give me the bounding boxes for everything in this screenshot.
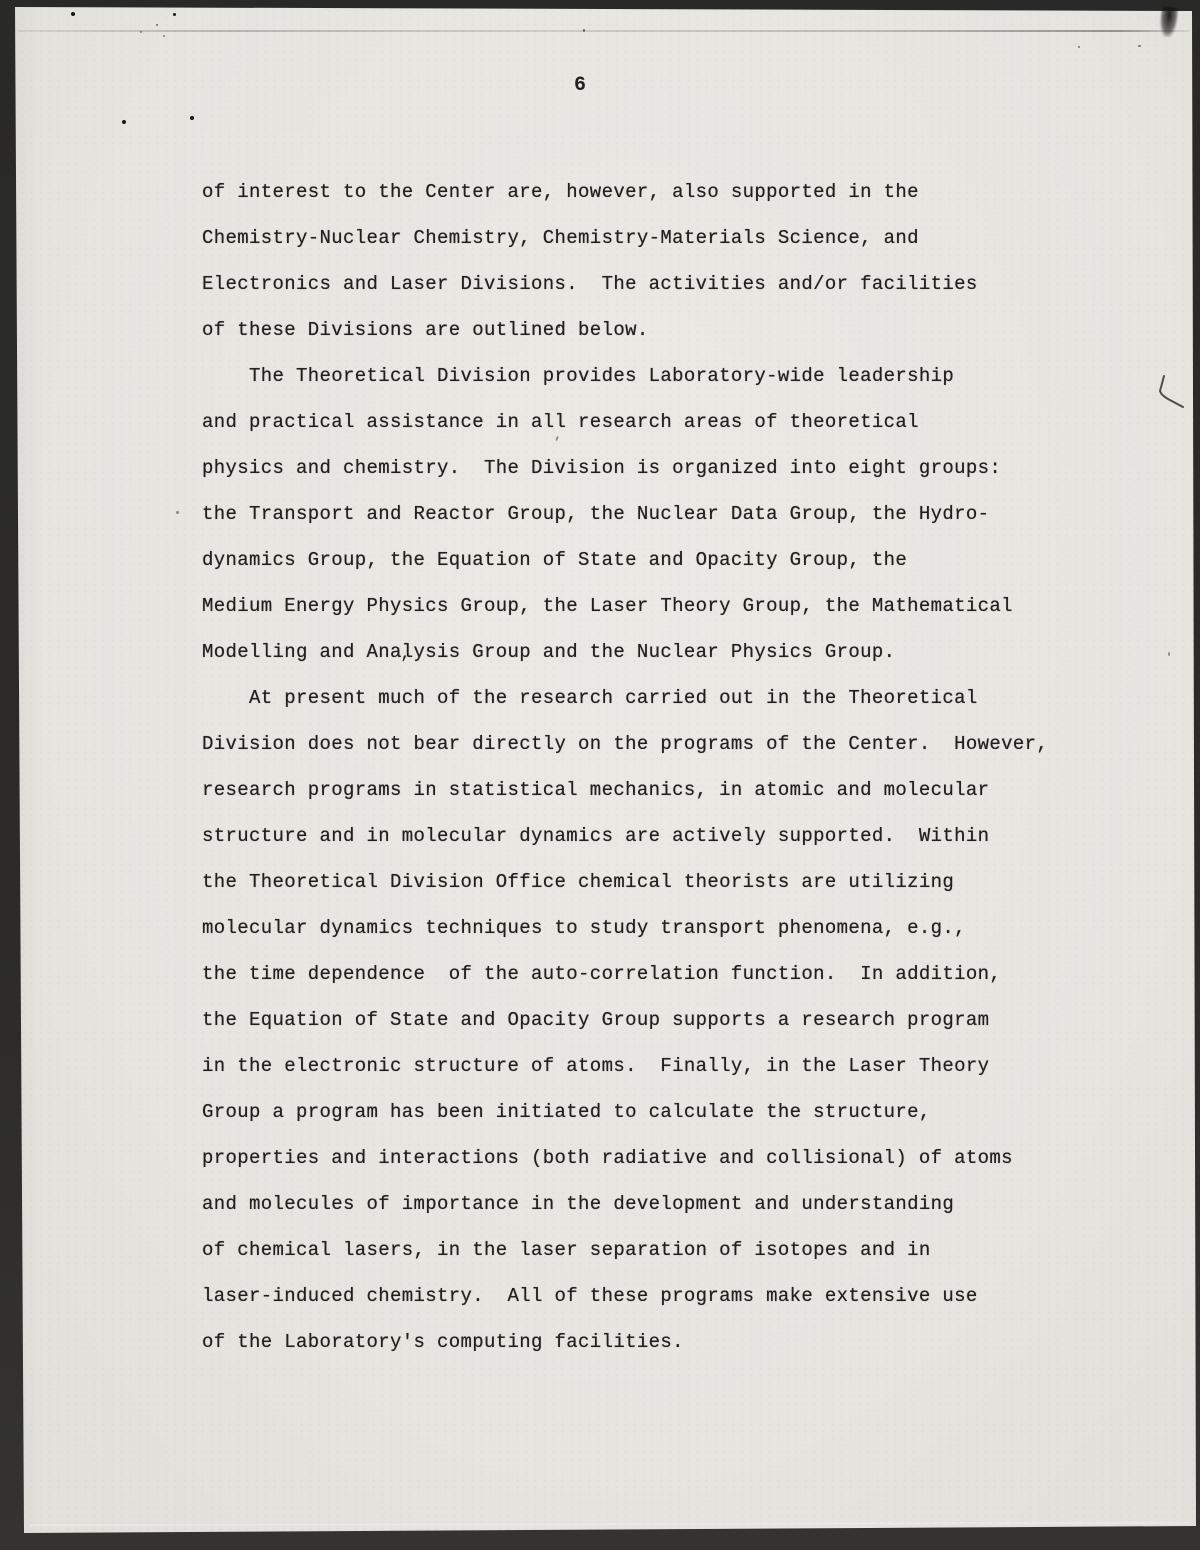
text-line: the time dependence of the auto-correlat… xyxy=(202,951,1072,997)
text-line: of the Laboratory's computing facilities… xyxy=(202,1319,1072,1365)
text-line: the Transport and Reactor Group, the Nuc… xyxy=(202,491,1072,537)
scan-speck xyxy=(163,35,165,37)
scan-speck xyxy=(71,12,75,16)
text-line: At present much of the research carried … xyxy=(202,675,1072,721)
text-line: molecular dynamics techniques to study t… xyxy=(202,905,1072,951)
text-line: Modelling and Analysis Group and the Nuc… xyxy=(202,629,1072,675)
text-line: the Theoretical Division Office chemical… xyxy=(202,859,1072,905)
scan-speck xyxy=(176,511,179,514)
text-line: laser-induced chemistry. All of these pr… xyxy=(202,1273,1072,1319)
scan-speck xyxy=(173,13,176,16)
scan-speck xyxy=(122,120,126,124)
document-lines: of interest to the Center are, however, … xyxy=(202,169,1072,1365)
text-line: Electronics and Laser Divisions. The act… xyxy=(202,261,1072,307)
text-line: Chemistry-Nuclear Chemistry, Chemistry-M… xyxy=(202,215,1072,261)
text-line: dynamics Group, the Equation of State an… xyxy=(202,537,1072,583)
text-line: The Theoretical Division provides Labora… xyxy=(202,353,1072,399)
stray-apostrophe-mark: ’ xyxy=(399,655,410,675)
pen-checkmark-mark xyxy=(1148,368,1192,414)
text-line: and molecules of importance in the devel… xyxy=(202,1181,1072,1227)
scan-speck xyxy=(140,31,142,33)
scan-speck xyxy=(558,324,560,328)
scan-speck xyxy=(190,116,194,120)
scan-crease-line xyxy=(18,30,1190,32)
scan-speck xyxy=(1138,45,1141,47)
text-line: research programs in statistical mechani… xyxy=(202,767,1072,813)
text-line: Medium Energy Physics Group, the Laser T… xyxy=(202,583,1072,629)
text-line: of these Divisions are outlined below. xyxy=(202,307,1072,353)
text-line: Division does not bear directly on the p… xyxy=(202,721,1072,767)
ink-smudge-mark xyxy=(1158,6,1178,38)
text-line: and practical assistance in all research… xyxy=(202,399,1072,445)
scanner-background: 6 of interest to the Center are, however… xyxy=(0,0,1200,1550)
text-line: the Equation of State and Opacity Group … xyxy=(202,997,1072,1043)
text-line: physics and chemistry. The Division is o… xyxy=(202,445,1072,491)
text-line: in the electronic structure of atoms. Fi… xyxy=(202,1043,1072,1089)
scan-speck xyxy=(1168,652,1170,656)
text-line: of interest to the Center are, however, … xyxy=(202,169,1072,215)
scan-speck xyxy=(583,29,585,32)
scan-speck xyxy=(156,24,158,26)
text-line: of chemical lasers, in the laser separat… xyxy=(202,1227,1072,1273)
scan-speck xyxy=(1078,46,1080,48)
text-line: Group a program has been initiated to ca… xyxy=(202,1089,1072,1135)
text-line: properties and interactions (both radiat… xyxy=(202,1135,1072,1181)
text-line: structure and in molecular dynamics are … xyxy=(202,813,1072,859)
page-number: 6 xyxy=(574,74,586,97)
